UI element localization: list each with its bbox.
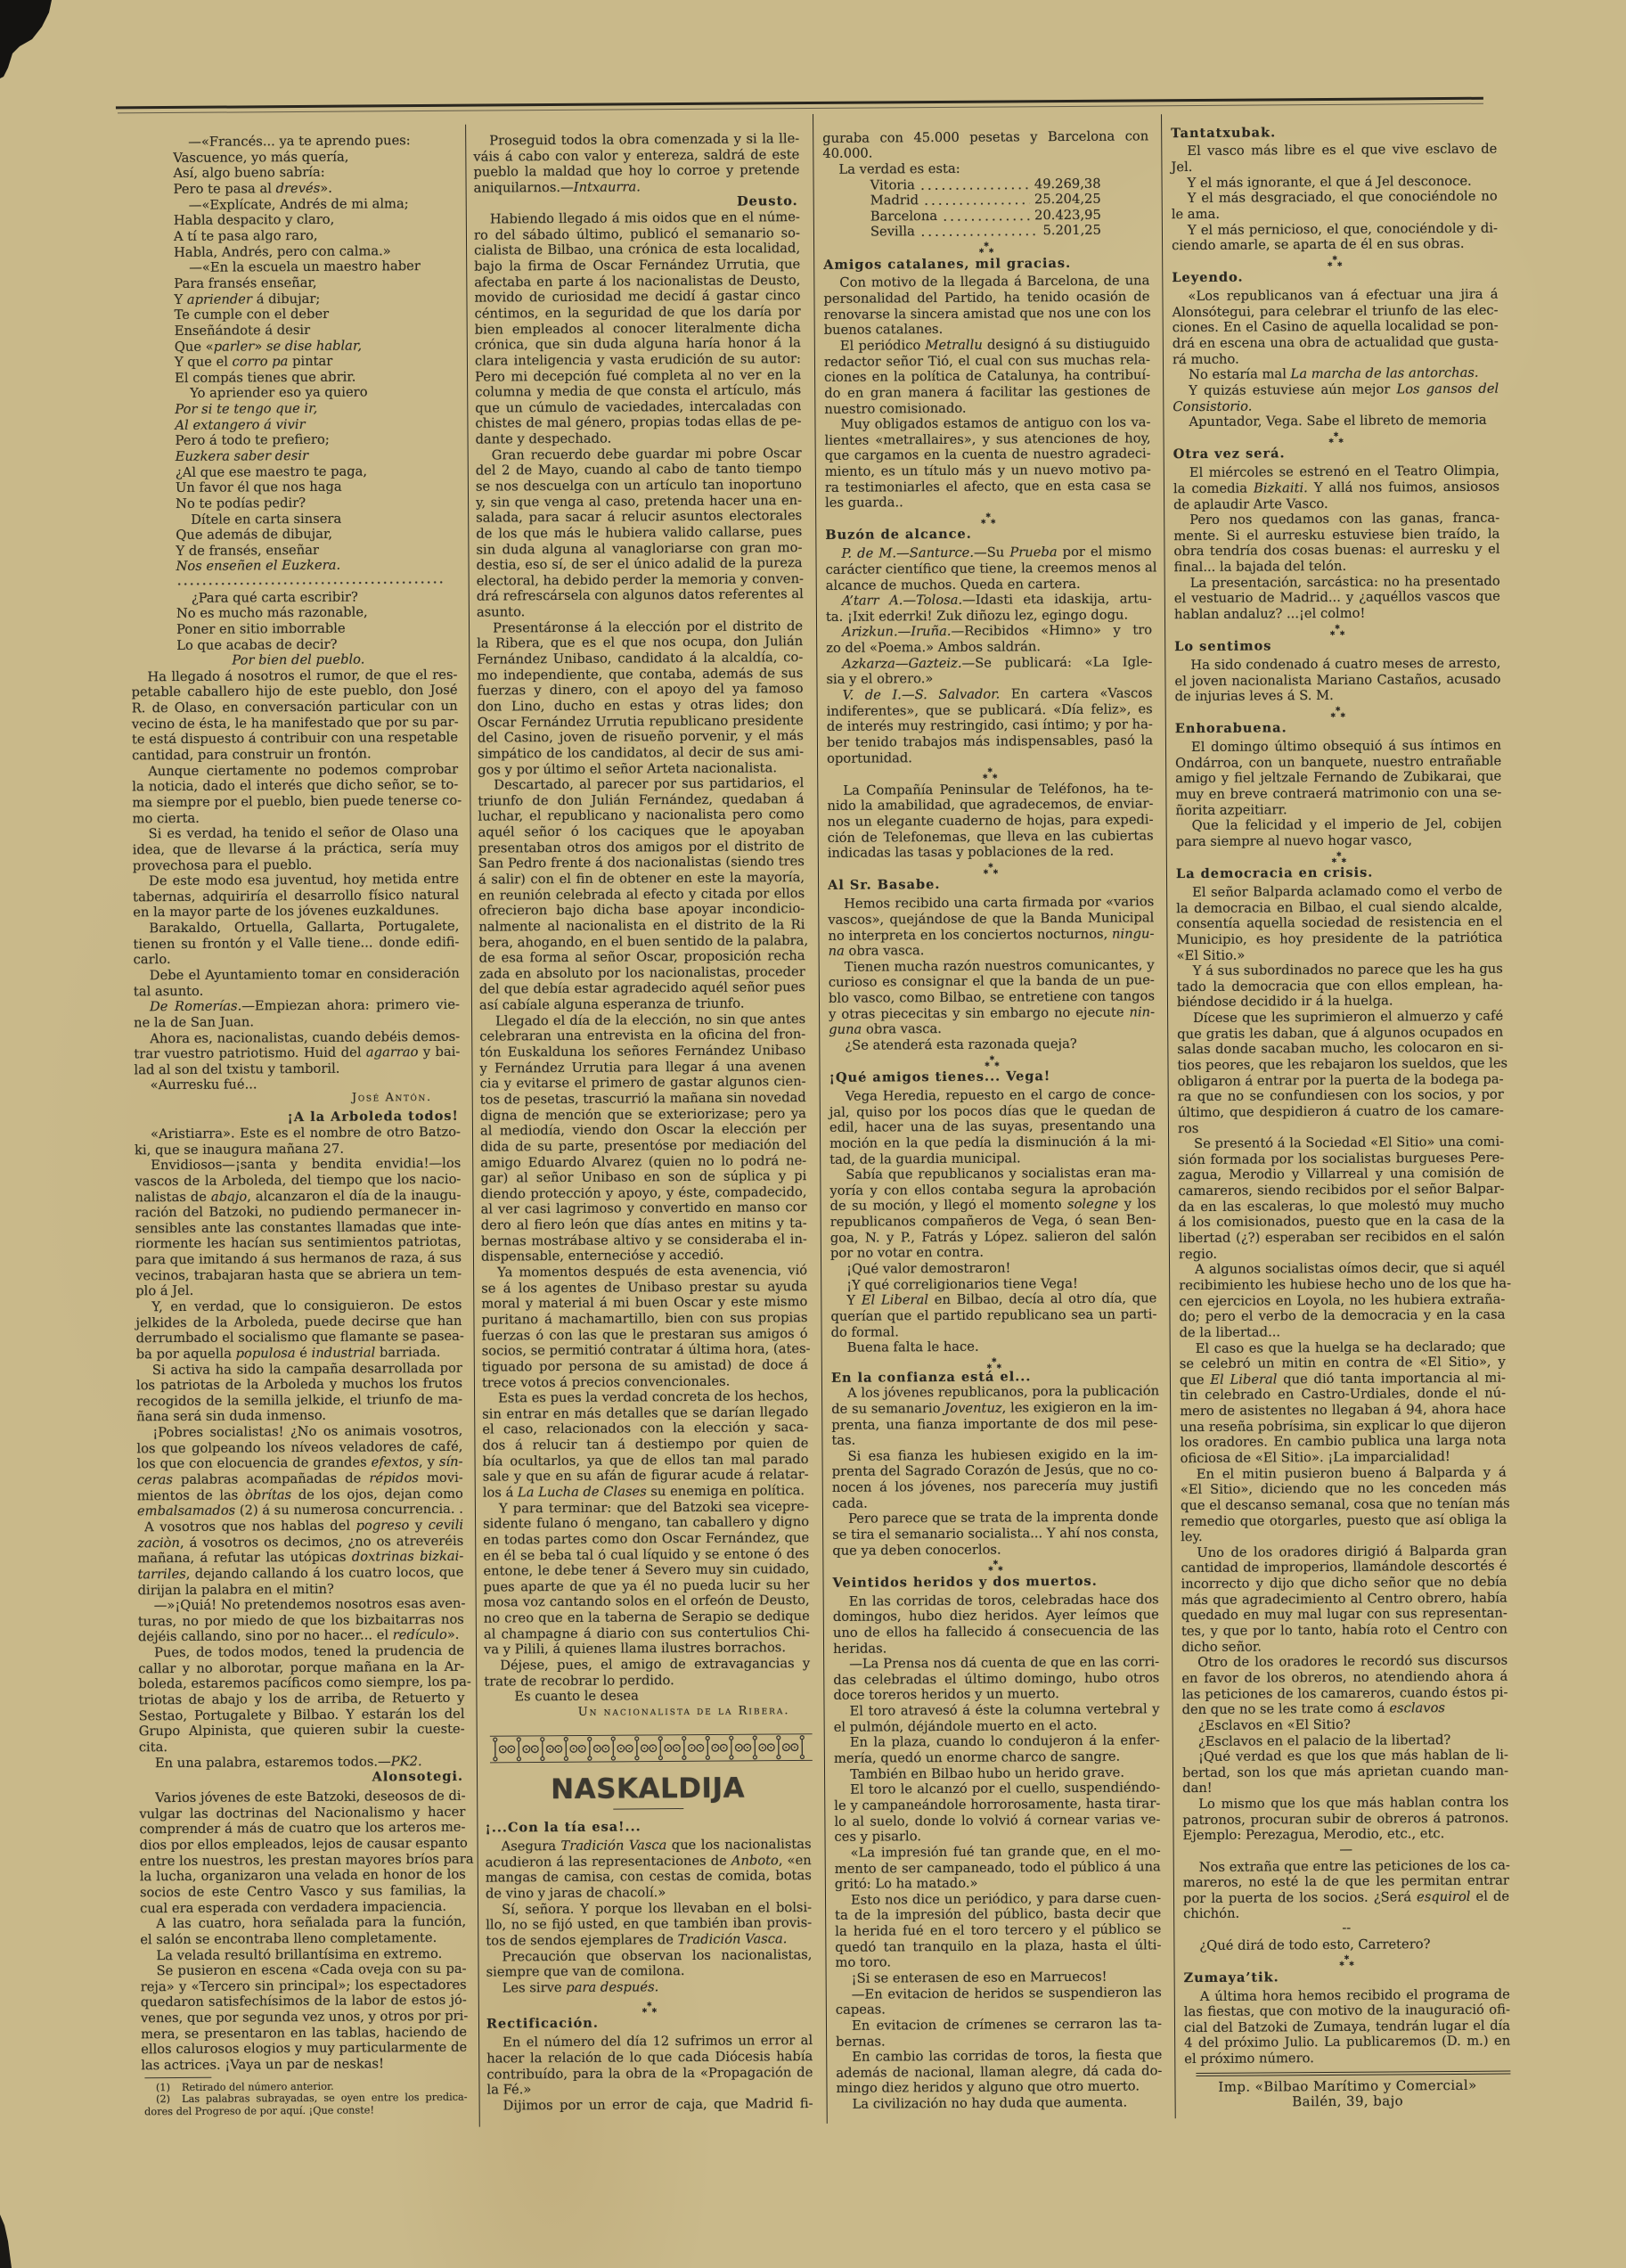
paragraph: Si es verdad, ha tenido el señor de Olas… [133,824,459,873]
italic-run: nin- [1129,1004,1155,1019]
text-line: triotas de abajo y los de arriba, de Ret… [138,1691,464,1708]
text-line: Arizkun.—Iruña.—Recibidos «Himno» y tro [826,623,1152,641]
text-line: el salón se encontraba lleno completamen… [140,1930,466,1948]
paragraph: Déjese, pues, el amigo de extravagancias… [484,1656,810,1690]
italic-run: Anboto [731,1853,779,1868]
asterism-icon [981,767,999,781]
dot-leader [919,176,1030,193]
text-line: «Aristiarra». Este es el nombre de otro … [135,1125,461,1142]
text-run: no interpreta en los conciertos nocturno… [828,926,1112,943]
paragraph: Debe el Ayuntamiento tomar en considerac… [134,966,460,1000]
printer-imprint: Imp. «Bilbao Marítimo y Comercial»Bailén… [1184,2078,1510,2111]
text-line: los á La Lucha de Clases su enemiga en p… [483,1483,809,1501]
italic-run: P. de M.—Santurce. [841,545,974,561]
text-line: tos de sendos ejemplares de Tradición Va… [486,1931,812,1949]
text-run: y los [1118,1197,1156,1212]
paragraph: Muy obligados estamos de antiguo con los… [824,414,1151,511]
text-line: ma siempre por el pueblo, bien puede ten… [132,793,458,811]
text-line: idea, que de llevarse á la práctica, ser… [133,840,459,858]
italic-run: solegne [1067,1197,1118,1212]
text-run: en Bilbao, decía al otro día, que [928,1291,1156,1308]
text-line: El domingo último obsequió á sus íntimos… [1175,738,1501,756]
text-line: muy en breve contraerá matrimonio con un… [1175,785,1501,803]
text-line: las actrices. ¡Vaya un par de neskas! [141,2056,467,2074]
paragraph: Se pusieron en escena «Cada oveja con su… [140,1961,467,2074]
asterism-separator [1176,847,1502,866]
text-line: el próximo número. [1184,2050,1510,2067]
text-line: nos un elegante cuaderno de hojas, para … [828,812,1154,830]
italic-run: efextos [372,1455,420,1470]
text-run: pintar [288,354,332,369]
text-line: Vega Heredia, repuesto en el cargo de co… [829,1086,1156,1104]
text-line: ¡Qué verdad es que los que más hablan de… [1182,1748,1508,1765]
text-line: uno de ellos ha fallecido á consecuencia… [833,1623,1159,1641]
paragraph: Asegura Tradición Vasca que los nacional… [486,1837,812,1902]
text-line: El señor Balparda aclamado como el verbo… [1176,883,1502,901]
table-cell-amount: 5.201,25 [1042,223,1101,239]
italic-run: embalsamados [137,1503,235,1519]
paragraph: Y, en verdad, que lo consiguieron. De es… [135,1298,462,1363]
paragraph: En el mitin pusieron bueno á Balparda y … [1181,1464,1508,1545]
paragraph: Ya momentos después de esta avenencia, v… [481,1263,808,1391]
paragraph: Que la felicidad y el imperio de Jel, co… [1176,816,1502,850]
paragraph: Pero parece que se trata de la imprenta … [832,1510,1158,1559]
italic-run: Joventuz [944,1400,1001,1415]
verse-stanza: —«Francés... ya te aprendo pues:Vascuenc… [127,133,456,575]
italic-run: guna [829,1022,862,1037]
paragraph: «Los republicanos van á efectuar una jir… [1172,287,1499,368]
text-line: simpático de los candidatos, al decir de… [478,744,804,762]
text-line: tado la democracia que con ellos emplean… [1177,977,1503,995]
italic-run: Intxaurra. [574,179,641,195]
paragraph: P. de M.—Santurce.—Su Prueba por el mism… [825,544,1151,594]
text-line: y otras piececitas y sin embargo no ejec… [829,1004,1155,1022]
text-line: dios por ellos empleados, lejos de causa… [140,1836,466,1854]
dot-leader [942,208,1030,224]
asterism-separator [825,509,1151,528]
text-line: clara inteligencia y vasta erudición de … [475,351,801,369]
paragraph: Si activa ha sido la campaña desarrollad… [136,1360,462,1425]
section-heading: Amigos catalanes, mil gracias. [823,255,1149,273]
banner-underline [613,1808,683,1810]
text-line: nocen á los jóvenes, nos parecería muy j… [832,1478,1158,1495]
text-line: De este modo esa juventud, hoy metida en… [133,872,459,889]
paragraph: Con motivo de la llegada á Barcelona, de… [823,274,1149,339]
author-signature: José Antón. [135,1092,461,1107]
paragraph: Y para terminar: que del Batzoki sea vic… [483,1499,810,1658]
text-line: mería, quedó un enorme charco de sangre. [834,1748,1160,1766]
text-line: drá en escena una obra de actualidad que… [1173,334,1499,352]
paragraph: Barakaldo, Ortuella, Gallarta, Portugale… [133,919,459,968]
paragraph: Ha sido condenado á cuatro meses de arre… [1174,656,1500,705]
verse-line: —«En la escuela un maestro haber [128,258,454,276]
text-run: Y [174,291,186,307]
text-line: ba por aquella populosa é industrial bar… [136,1345,462,1363]
text-line: «La impresión fué tan grande que, en el … [835,1843,1161,1861]
italic-run: Los gansos del [1396,381,1499,397]
text-run: Pero te pasa al [174,181,276,197]
paragraph: A última hora hemos recibido el programa… [1184,1986,1511,2067]
text-line: bertad, son los que más aprietan cuando … [1182,1763,1508,1781]
paragraph: Dijimos por un error de caja, que Madrid… [487,2096,813,2114]
asterism-separator [827,765,1153,783]
verse-stanza: ¿Para qué carta escribir?No es mucho más… [131,588,457,653]
text-line: R. de Olaso, en conversación particular … [132,699,458,716]
torn-edge [0,2215,18,2268]
asterism-separator [1183,1952,1509,1970]
text-line: Barakaldo, Ortuella, Gallarta, Portugale… [133,919,459,937]
paragraph: El toro atravesó á éste la columna verte… [833,1701,1159,1735]
text-run: Y allá nos fuimos, ansiosos [1308,479,1499,495]
text-line: El vasco más libre es el que vive esclav… [1171,142,1497,160]
italic-run: cevili [429,1518,463,1533]
asterism-icon [1328,623,1346,636]
text-line: Se pusieron en escena «Cada oveja con su… [140,1961,466,1979]
column-3: guraba con 45.000 pesetas y Barcelona co… [822,128,1163,2113]
table-row: Vitoria49.269,38 [870,176,1101,192]
paragraph: En cambio las corridas de toros, la fies… [836,2047,1162,2096]
paragraph: —La Prensa nos dá cuenta de que en las c… [833,1654,1159,1703]
text-line: bajo la firma de Oscar Fernández Urrutia… [474,257,800,274]
text-line: —En evitacion de heridos se suspendieron… [836,1985,1162,2002]
text-run: de su semanario [831,1401,944,1417]
section-heading: Tantatxubak. [1171,123,1497,141]
paragraph: En las corridas de toros, celebradas hac… [833,1592,1159,1657]
text-line: patronos, procuran subir de obreros á pa… [1182,1810,1508,1828]
text-run: por el mismo [1057,544,1151,561]
text-run: En una palabra, estaremos todos.— [155,1754,391,1771]
asterism-icon [1337,1954,1355,1968]
text-line: recibimiento les hubiese hecho uno de lo… [1179,1276,1505,1294]
italic-run: redículo [393,1627,447,1642]
text-run: movi- [419,1470,463,1486]
section-heading: Al Sr. Basabe. [828,876,1154,894]
text-line: querían que el partido republicano sea u… [830,1306,1156,1324]
italic-run: esclavos [1389,1700,1445,1715]
paragraph: A las cuatro, hora señalada para la func… [140,1914,466,1948]
paragraph: De este modo esa juventud, hoy metida en… [133,872,459,921]
text-line: Proseguid todos la obra comenzada y si l… [473,131,799,149]
text-line: el vestuario de Madrid... y ¿aquéllos va… [1174,589,1500,607]
italic-run: Arizkun.—Iruña. [842,624,952,640]
text-run: No estaría mal [1189,367,1291,383]
text-line: miento, es un título más y un nuevo moti… [825,462,1151,479]
text-line: destia, eso sí, de ser el único adalid d… [476,555,802,573]
italic-run: abajo [211,1189,247,1204]
text-run: ». [320,181,332,196]
italic-run: drevés [276,181,321,196]
text-line: Varios jóvenes de este Batzoki, deseosos… [139,1789,465,1806]
asterism-icon [1326,255,1344,268]
text-line: tón Euskalduna los señores Fernández Uni… [479,1043,805,1060]
text-line: se nos descuelga con un artículo tan ino… [476,477,802,495]
paragraph: Sabía que republicanos y socialistas era… [829,1165,1156,1261]
text-run: , les exigieron en la im- [1002,1399,1158,1415]
text-run: tos de sendos ejemplares de [486,1932,677,1949]
footnote-number: (1) [156,2082,182,2094]
paragraph: Arizkun.—Iruña.—Recibidos «Himno» y troz… [826,623,1152,657]
section-heading: ¡Qué amigos tienes... Vega! [829,1068,1156,1085]
paragraph: Proseguid todos la obra comenzada y si l… [473,131,799,196]
footnote-text: Las palabras subrayadas, se oyen entre l… [182,2092,468,2105]
italic-run: pogreso [356,1518,410,1533]
italic-run: Por bien del pueblo. [232,652,364,668]
text-line: guraba con 45.000 pesetas y Barcelona co… [822,128,1148,146]
text-run: , dejando callando á los cuatro locos, q… [186,1565,464,1582]
text-run: , alcanzaron el día de la inaugu- [247,1187,461,1204]
paragraph: Azkarza—Gazteiz.—Se publicará: «La Igle-… [826,654,1152,688]
text-run: (2) á su numerosa concurrencia. . [235,1502,463,1519]
paragraph: Dícese que les suprimieron el almuerzo y… [1177,1009,1504,1137]
text-line: dero al fiero león que días antes en mit… [481,1216,807,1233]
paragraph: Pues, de todos modos, tened la prudencia… [138,1643,465,1756]
text-line: no creo que en la taberna de Serapio se … [484,1609,810,1626]
text-line: bernas mostrábase altivo y se considerab… [481,1232,807,1249]
paragraph: ¡Qué verdad es que los que más hablan de… [1182,1748,1508,1797]
italic-run: Nos enseñen el Euzkera. [176,558,340,574]
paragraph: La civilización no hay duda que aumenta. [837,2094,1163,2112]
paragraph: Sí, señora. Y porque los llevaban en el … [486,1900,812,1949]
paragraph: Nos extraña que entre las peticiones de … [1183,1857,1509,1922]
text-line: de los que más le hubiera valido callars… [476,524,802,542]
italic-run: Consistorio. [1173,398,1252,414]
column-4: Tantatxubak.El vasco más libre es el que… [1171,123,1511,2110]
imprint-line: Bailén, 39, bajo [1185,2093,1511,2111]
paragraph: Uno de los oradores dirigió á Balparda g… [1181,1543,1508,1655]
paragraph: Aunque ciertamente no podemos comprobarl… [132,761,458,826]
text-line: gar) al señor Unibaso en son de súplica … [480,1168,806,1186]
paragraph: El domingo último obsequió á sus íntimos… [1175,738,1502,819]
text-line: mero de asistentes no llegaban á 94, aho… [1180,1402,1506,1420]
paragraph: El miércoles se estrenó en el Teatro Oli… [1173,463,1499,512]
paragraph: Y á sus subordinados no parece que les h… [1177,962,1503,1011]
text-run: que [1180,1372,1210,1388]
text-line: en favor de los obreros, no atendiendo a… [1181,1669,1508,1687]
paragraph: —»¡Quiá! No pretendemos nosotros esas av… [138,1596,464,1645]
paragraph: De Romerías.—Empiezan ahora: primero vie… [134,997,460,1031]
paragraph: Y El Liberal en Bilbao, decía al otro dí… [830,1291,1156,1340]
paragraph: En la plaza, cuando lo condujeron á la e… [834,1733,1160,1767]
paragraph: guraba con 45.000 pesetas y Barcelona co… [822,128,1148,162]
column-1: —«Francés... ya te aprendo pues:Vascuenc… [127,133,468,2118]
text-line: céntimos, en la seguridad de que los dar… [475,304,801,322]
section-banner: NASKALDIJA [485,1719,812,1811]
section-banner-title: NASKALDIJA [485,1774,811,1804]
text-line: tienen su frontón y el Valle tiene... do… [133,934,459,952]
text-run: y [409,1518,429,1533]
paragraph: El periódico Metrallu designó á su disti… [824,336,1151,417]
text-line: tes, y que por lo tanto, había roto el C… [1181,1622,1508,1640]
text-line: ra testimoniarles el afecto, que en esta… [825,478,1151,495]
italic-run: La marcha de las antorchas. [1290,365,1478,381]
section-heading: Zumaya’tik. [1184,1968,1510,1986]
italic-run: El Liberal [862,1292,928,1308]
text-line: Debe el Ayuntamiento tomar en considerac… [134,966,460,984]
paragraph: «La impresión fué tan grande que, en el … [835,1843,1161,1892]
text-run: que dió tanta importancia al mi- [1277,1370,1506,1387]
text-line: chistes de mal género, propias todas ell… [475,413,801,431]
asterism-icon [986,1560,1004,1573]
paragraph: Precaución que observan los nacionalista… [486,1947,812,1981]
text-run: barriada. [375,1345,440,1361]
text-line: socios de este Centro Vasco y sus famili… [140,1883,466,1901]
italic-run: Azkarza—Gazteiz. [842,656,961,672]
text-run: mañana, á refutar las utópicas [137,1550,352,1567]
footnote-rule [144,2077,211,2079]
text-run: , «en [779,1853,812,1868]
text-line: la comedia Bizkaiti. Y allá nos fuimos, … [1173,479,1499,496]
text-run: » [254,339,266,354]
text-run: A vosotros que nos hablas del [144,1519,356,1535]
table-cell-city: Vitoria [870,177,915,193]
footnote-text: Retirado del número anterior. [182,2081,334,2093]
paragraph: Y el más desgraciado, el que conociéndol… [1172,189,1498,223]
paragraph: Pero nos quedamos con las ganas, franca-… [1173,511,1499,576]
text-line: Dijimos por un error de caja, que Madrid… [487,2096,813,2114]
asterism-separator [832,1557,1158,1576]
paragraph: Habiendo llegado á mis oidos que en el n… [474,209,802,447]
dot-leader [919,224,1039,241]
italic-run: El Liberal [1210,1371,1277,1388]
italic-run: na [829,944,845,959]
italic-run: para después. [566,1979,658,1995]
paragraph: La presentación, sarcástica: no ha prese… [1174,573,1500,622]
text-line: dida de su parte, presentóse por mediaci… [480,1137,806,1155]
text-line: «Los republicanos van á efectuar una jir… [1172,287,1498,305]
text-line: pueblo la maldad que hoy lo corroe y pre… [473,162,799,180]
table-row: Sevilla5.201,25 [870,223,1101,240]
paragraph: El caso es que la huelga se ha declarado… [1180,1339,1507,1467]
paragraph: Llegado el día de la elección, no sin qu… [479,1011,807,1265]
section-heading: La democracia en crisis. [1176,864,1502,882]
text-line: prenta, una fianza importante de dos mil… [831,1415,1157,1433]
text-line: don Lino, ducho en estas y otras lides; … [478,697,804,715]
text-line: trar vuestro patriotismo. Huid del agarr… [134,1044,460,1062]
italic-run: V. de I.—S. Salvador. [843,687,1001,703]
text-line: tiguado por persona de su amistad) de do… [482,1357,808,1375]
paragraph: El señor Balparda aclamado como el verbo… [1176,883,1503,964]
text-line: Lo mismo que los que más hablan contra l… [1182,1795,1508,1813]
text-line: del que debía estar agradecido aquél señ… [479,980,805,998]
text-line: El periódico Metrallu designó á su disti… [824,336,1150,354]
paragraph: La Compañía Peninsular de Teléfonos, ha … [827,781,1154,862]
text-line: Les sirve para después. [486,1978,813,1996]
text-line: tios peores, que les rebajaron los sueld… [1177,1056,1503,1074]
text-line: libertad (¿?) esperaban ser recibidos en… [1179,1229,1505,1247]
italic-run: De Romerías. [150,999,241,1015]
text-line: para que imitando á sus hermanos de raza… [135,1250,462,1268]
table-cell-amount: 20.423,95 [1034,208,1101,224]
section-heading: Lo sentimos [1174,637,1500,655]
text-line: El toro atravesó á éste la columna verte… [833,1701,1159,1719]
italic-run: Tradición Vasca [560,1838,666,1854]
text-run: —Su [974,545,1009,561]
text-line: do; pero el verbo de la democracia y en … [1179,1307,1505,1325]
paragraph: Gran recuerdo debe guardar mi pobre Osca… [476,446,803,621]
text-line: los oradores. En cambio publica una larg… [1180,1433,1506,1451]
paragraph: Descartado, al parecer por sus partidari… [478,775,805,1013]
text-run: y otras piececitas y sin embargo no ejec… [829,1004,1130,1021]
asterism-icon [641,2001,658,2014]
text-line: —La Prensa nos dá cuenta de que en las c… [833,1654,1159,1672]
paragraph: Varios jóvenes de este Batzoki, deseosos… [139,1789,466,1917]
asterism-icon [982,862,1000,875]
text-line: lo al suelo, donde lo volvió á cornear v… [834,1812,1160,1830]
text-line: Déjese, pues, el amigo de extravagancias… [484,1656,810,1674]
table-row: Barcelona20.423,95 [870,208,1101,225]
text-run: El periódico [840,338,926,354]
ornament-band [490,1733,813,1764]
text-line: V. de I.—S. Salvador. En cartera «Vascos [827,685,1153,703]
text-line: Precaución que observan los nacionalista… [486,1947,812,1965]
text-line: puritano á machamartillo, bien con sus p… [481,1310,807,1328]
text-line: que el descanso semanal, cosa que no ten… [1181,1495,1507,1513]
paragraph: Esta es pues la verdad concreta de los h… [482,1388,809,1501]
text-line: carácter científico que tiene, la creemo… [826,560,1152,577]
text-run: dejéis callando, sino por no hacer... el [138,1628,393,1645]
italic-run: se dise hablar, [266,338,362,354]
italic-run: Metrallu [925,338,982,353]
text-run: Y que el [175,355,233,370]
section-heading: Otra vez será. [1173,445,1499,463]
text-run: el de [1470,1888,1509,1904]
paragraph: Y quizás estuviese aún mejor Los gansos … [1173,381,1499,415]
paragraph: Les sirve para después. [486,1978,813,1996]
paragraph: A vosotros que nos hablas del pogreso y … [137,1518,464,1599]
text-run: designó á su distiuguido [983,336,1150,352]
italic-run: Al extangero á vivir [175,417,305,433]
text-line: Fernández Unibaso, candidato á la alcald… [477,650,803,667]
text-line: le y campaneándole horrorosamente, hasta… [834,1796,1160,1814]
text-line: Se presentó á la Sociedad «El Sitio» una… [1178,1134,1504,1152]
text-line: no interpreta en los conciertos nocturno… [828,926,1154,944]
text-line: Y quizás estuviese aún mejor Los gansos … [1173,381,1499,399]
table-cell-city: Madrid [870,192,919,209]
text-run: En cartera «Vascos [1000,685,1152,701]
text-run: —Idasti eta idaskija, artu- [962,592,1152,608]
text-line: do en gran manera á facilitar las gestio… [824,383,1150,401]
text-line: último, que despidieron á cuatro de los … [1178,1102,1504,1120]
text-line: vecinos, trabajaran hasta que se abriera… [135,1265,462,1283]
text-run: ». [447,1627,460,1642]
italic-run: Euzkera saber desir [176,448,309,464]
text-line: Dícese que les suprimieron el almuerzo y… [1177,1009,1503,1027]
asterism-separator [1172,251,1498,270]
text-line: Que la felicidad y el imperio de Jel, co… [1176,816,1502,834]
asterism-separator [823,238,1149,257]
dash-separator: — [1183,1843,1509,1858]
text-line: ¡Pobres socialistas! ¿No os animais voso… [136,1423,462,1441]
dateline-heading: Alonsotegi. [139,1769,465,1787]
text-line: Esta es pues la verdad concreta de los h… [482,1388,808,1406]
text-run: aniquilarnos.— [474,180,574,196]
text-line: Sabía que republicanos y socialistas era… [829,1165,1156,1183]
italic-run: esquirol [1417,1889,1470,1904]
paragraph: A algunos socialistas oímos decir, que s… [1179,1260,1506,1341]
section-heading: Buzón de alcance. [825,526,1151,544]
text-line: —»¡Quiá! No pretendemos nosotros esas av… [138,1596,464,1614]
italic-run: parler [214,339,255,354]
asterism-separator [1175,702,1501,721]
text-line: columna y media de que consta el artícul… [475,382,801,400]
text-run: , y [419,1454,439,1470]
section-heading: Leyendo. [1172,268,1498,286]
text-line: entone, le debe tener á Severo muy sin c… [483,1561,809,1579]
italic-run: ceras [137,1472,173,1487]
text-line: 4 del próximo Julio. La publicaremos (D.… [1184,2034,1510,2051]
paragraph: En el número del día 12 sufrimos un erro… [486,2033,813,2098]
paragraph: Tienen mucha razón nuestros comunicantes… [829,957,1156,1038]
